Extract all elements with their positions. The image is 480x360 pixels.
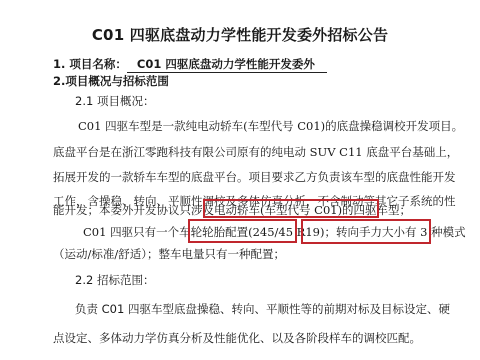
overview-line-1: C01 四驱车型是一款纯电动轿车(车型代号 C01)的底盘操稳调校开发项目。 (78, 118, 463, 134)
overview-line-3: 拓展开发的一款轿车车型的底盘平台。项目要求乙方负责该车型的底盘性能开发 (53, 169, 456, 185)
project-name-value: C01 四驱底盘动力学性能开发委外 (127, 56, 327, 73)
document-title: C01 四驱底盘动力学性能开发委外招标公告 (0, 24, 480, 45)
document-page: C01 四驱底盘动力学性能开发委外招标公告 1. 项目名称：C01 四驱底盘动力… (0, 0, 480, 360)
scope-line-1: 负责 C01 四驱车型底盘操稳、转向、平顺性等的前期对标及目标设定、硬 (75, 301, 450, 317)
overview-line-7: （运动/标准/舒适）；整车电量只有一种配置； (53, 246, 285, 262)
highlight-box-steering-modes (301, 219, 431, 244)
project-name-row: 1. 项目名称：C01 四驱底盘动力学性能开发委外 (53, 56, 327, 73)
scope-line-2: 点设定、多体动力学仿真分析及性能优化、以及各阶段样车的调校匹配。 (53, 330, 421, 346)
highlight-box-tire-config (188, 219, 297, 243)
subsection-2-2-heading: 2.2 招标范围： (75, 272, 154, 288)
section2-heading: 2.项目概况与招标范围 (53, 73, 169, 89)
subsection-2-1-heading: 2.1 项目概况： (75, 93, 154, 109)
project-name-label: 1. 项目名称： (53, 57, 127, 71)
highlight-box-vehicle-model (203, 199, 379, 218)
overview-line-2: 底盘平台是在浙江零跑科技有限公司原有的纯电动 SUV C11 底盘平台基础上， (53, 144, 458, 160)
